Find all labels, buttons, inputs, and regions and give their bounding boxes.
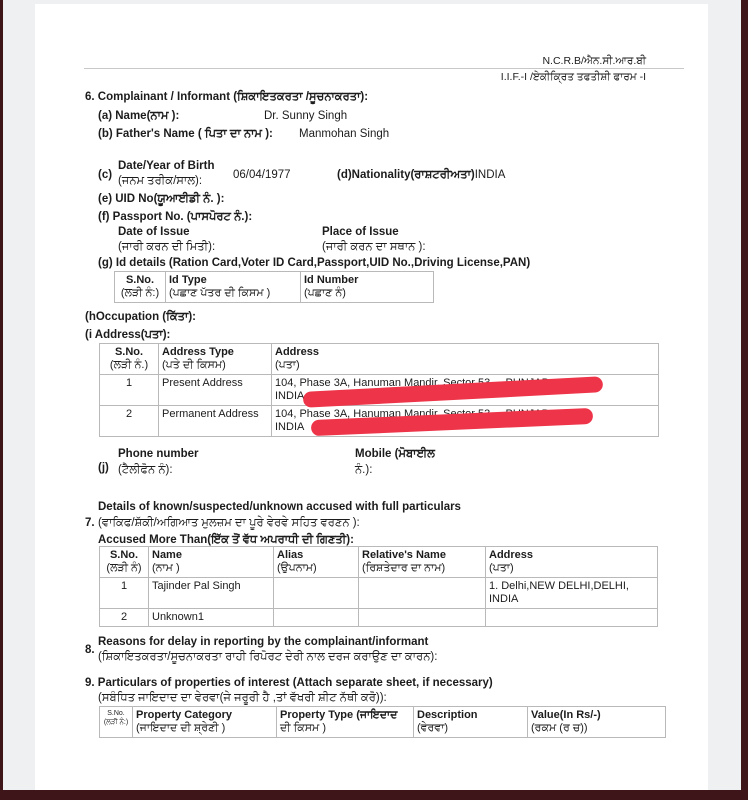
table-header-row: S.No.(ਲੜੀ ਨੰ.) Address Type(ਪਤੇ ਦੀ ਕਿਸਮ)… bbox=[100, 344, 659, 375]
date-of-issue-label-pa: (ਜਾਰੀ ਕਰਨ ਦੀ ਮਿਤੀ): bbox=[118, 240, 215, 254]
section-9-title: 9. Particulars of properties of interest… bbox=[85, 676, 493, 690]
table-row: 1 Tajinder Pal Singh 1. Delhi,NEW DELHI,… bbox=[100, 578, 658, 609]
nationality-label: (d)Nationality(ਰਾਸ਼ਟਰੀਅਤਾ) bbox=[337, 169, 475, 181]
iif-form-code: I.I.F.-I /ਏਕੀਕ੍ਰਿਤ ਤਫਤੀਸ਼ੀ ਫਾਰਮ -I bbox=[501, 70, 646, 84]
header-divider bbox=[84, 68, 684, 69]
occupation-label: (hOccupation (ਕਿੱਤਾ): bbox=[85, 310, 196, 324]
property-table: S.No.(ਲੜੀ ਨੰ:) Property Category(ਜਾਇਦਾਦ … bbox=[99, 706, 666, 738]
table-header-row: S.No.(ਲੜੀ ਨੰ:) Property Category(ਜਾਇਦਾਦ … bbox=[100, 707, 666, 738]
mobile-label-pa: ਨੰ.): bbox=[355, 463, 372, 477]
passport-label: (f) Passport No. (ਪਾਸਪੋਰਟ ਨੰ.): bbox=[98, 210, 252, 224]
document-page: N.C.R.B/ਐਨ.ਸੀ.ਆਰ.ਬੀ I.I.F.-I /ਏਕੀਕ੍ਰਿਤ ਤ… bbox=[35, 4, 708, 790]
section-8-number: 8. bbox=[85, 643, 95, 657]
section-7-number: 7. bbox=[85, 516, 95, 530]
phone-label: Phone number bbox=[118, 447, 199, 461]
father-name-label: (b) Father's Name ( ਪਿਤਾ ਦਾ ਨਾਮ ): bbox=[98, 127, 273, 141]
address-label: (i Address(ਪਤਾ): bbox=[85, 328, 170, 342]
name-value: Dr. Sunny Singh bbox=[264, 109, 347, 123]
background-strip bbox=[0, 790, 748, 800]
place-of-issue-label: Place of Issue bbox=[322, 225, 399, 239]
section-9-title-pa: (ਸਬੰਧਿਤ ਜਾਇਦਾਦ ਦਾ ਵੇਰਵਾ(ਜੇ ਜਰੂਰੀ ਹੈ ,ਤਾਂ… bbox=[98, 691, 387, 705]
accused-more-than-label: Accused More Than(ਇੱਕ ਤੋਂ ਵੱਧ ਅਪਰਾਧੀ ਦੀ … bbox=[98, 533, 354, 547]
section-8-title-pa: (ਸ਼ਿਕਾਇਤਕਰਤਾ/ਸੂਚਨਾਕਰਤਾ ਰਾਹੀ ਰਿਪੋਰਟ ਦੇਰੀ … bbox=[98, 650, 437, 664]
dob-label: Date/Year of Birth bbox=[118, 159, 215, 173]
date-of-issue-label: Date of Issue bbox=[118, 225, 190, 239]
place-of-issue-label-pa: (ਜਾਰੀ ਕਰਨ ਦਾ ਸਥਾਨ ): bbox=[322, 240, 426, 254]
dob-value: 06/04/1977 bbox=[233, 168, 291, 182]
table-header-row: S.No.(ਲੜੀ ਨੰ:) Id Type(ਪਛਾਣ ਪੱਤਰ ਦੀ ਕਿਸਮ… bbox=[115, 272, 434, 303]
nationality-value: INDIA bbox=[475, 169, 506, 181]
phone-label-pa: (ਟੈਲੀਫੋਨ ਨੰ): bbox=[118, 463, 173, 477]
dob-prefix: (c) bbox=[98, 168, 112, 182]
ncrb-code: N.C.R.B/ਐਨ.ਸੀ.ਆਰ.ਬੀ bbox=[542, 54, 646, 68]
accused-table: S.No.(ਲੜੀ ਨੰ) Name(ਨਾਮ ) Alias(ਉਪਨਾਮ) Re… bbox=[99, 546, 658, 627]
section-8-title: Reasons for delay in reporting by the co… bbox=[98, 635, 428, 649]
mobile-label: Mobile (ਮੋਬਾਈਲ bbox=[355, 447, 435, 461]
name-label: (a) Name(ਨਾਮ ): bbox=[98, 109, 179, 123]
dob-label-pa: (ਜਨਮ ਤਰੀਕ/ਸਾਲ): bbox=[118, 174, 202, 188]
table-header-row: S.No.(ਲੜੀ ਨੰ) Name(ਨਾਮ ) Alias(ਉਪਨਾਮ) Re… bbox=[100, 547, 658, 578]
father-name-value: Manmohan Singh bbox=[299, 127, 389, 141]
section-7-title: Details of known/suspected/unknown accus… bbox=[98, 500, 461, 514]
phone-prefix: (j) bbox=[98, 461, 109, 475]
section-6-title: 6. Complainant / Informant (ਸ਼ਿਕਾਇਤਕਰਤਾ … bbox=[85, 90, 368, 104]
section-7-title-pa: (ਵਾਕਿਫ/ਸ਼ੱਕੀ/ਅਗਿਆਤ ਮੁਲਜ਼ਮ ਦਾ ਪੂਰੇ ਵੇਰਵੇ … bbox=[98, 516, 360, 530]
id-details-label: (g) Id details (Ration Card,Voter ID Car… bbox=[98, 256, 530, 270]
table-row: 2 Unknown1 bbox=[100, 609, 658, 627]
id-details-table: S.No.(ਲੜੀ ਨੰ:) Id Type(ਪਛਾਣ ਪੱਤਰ ਦੀ ਕਿਸਮ… bbox=[114, 271, 434, 303]
uid-label: (e) UID No(ਯੂਆਈਡੀ ਨੰ. ): bbox=[98, 192, 224, 206]
